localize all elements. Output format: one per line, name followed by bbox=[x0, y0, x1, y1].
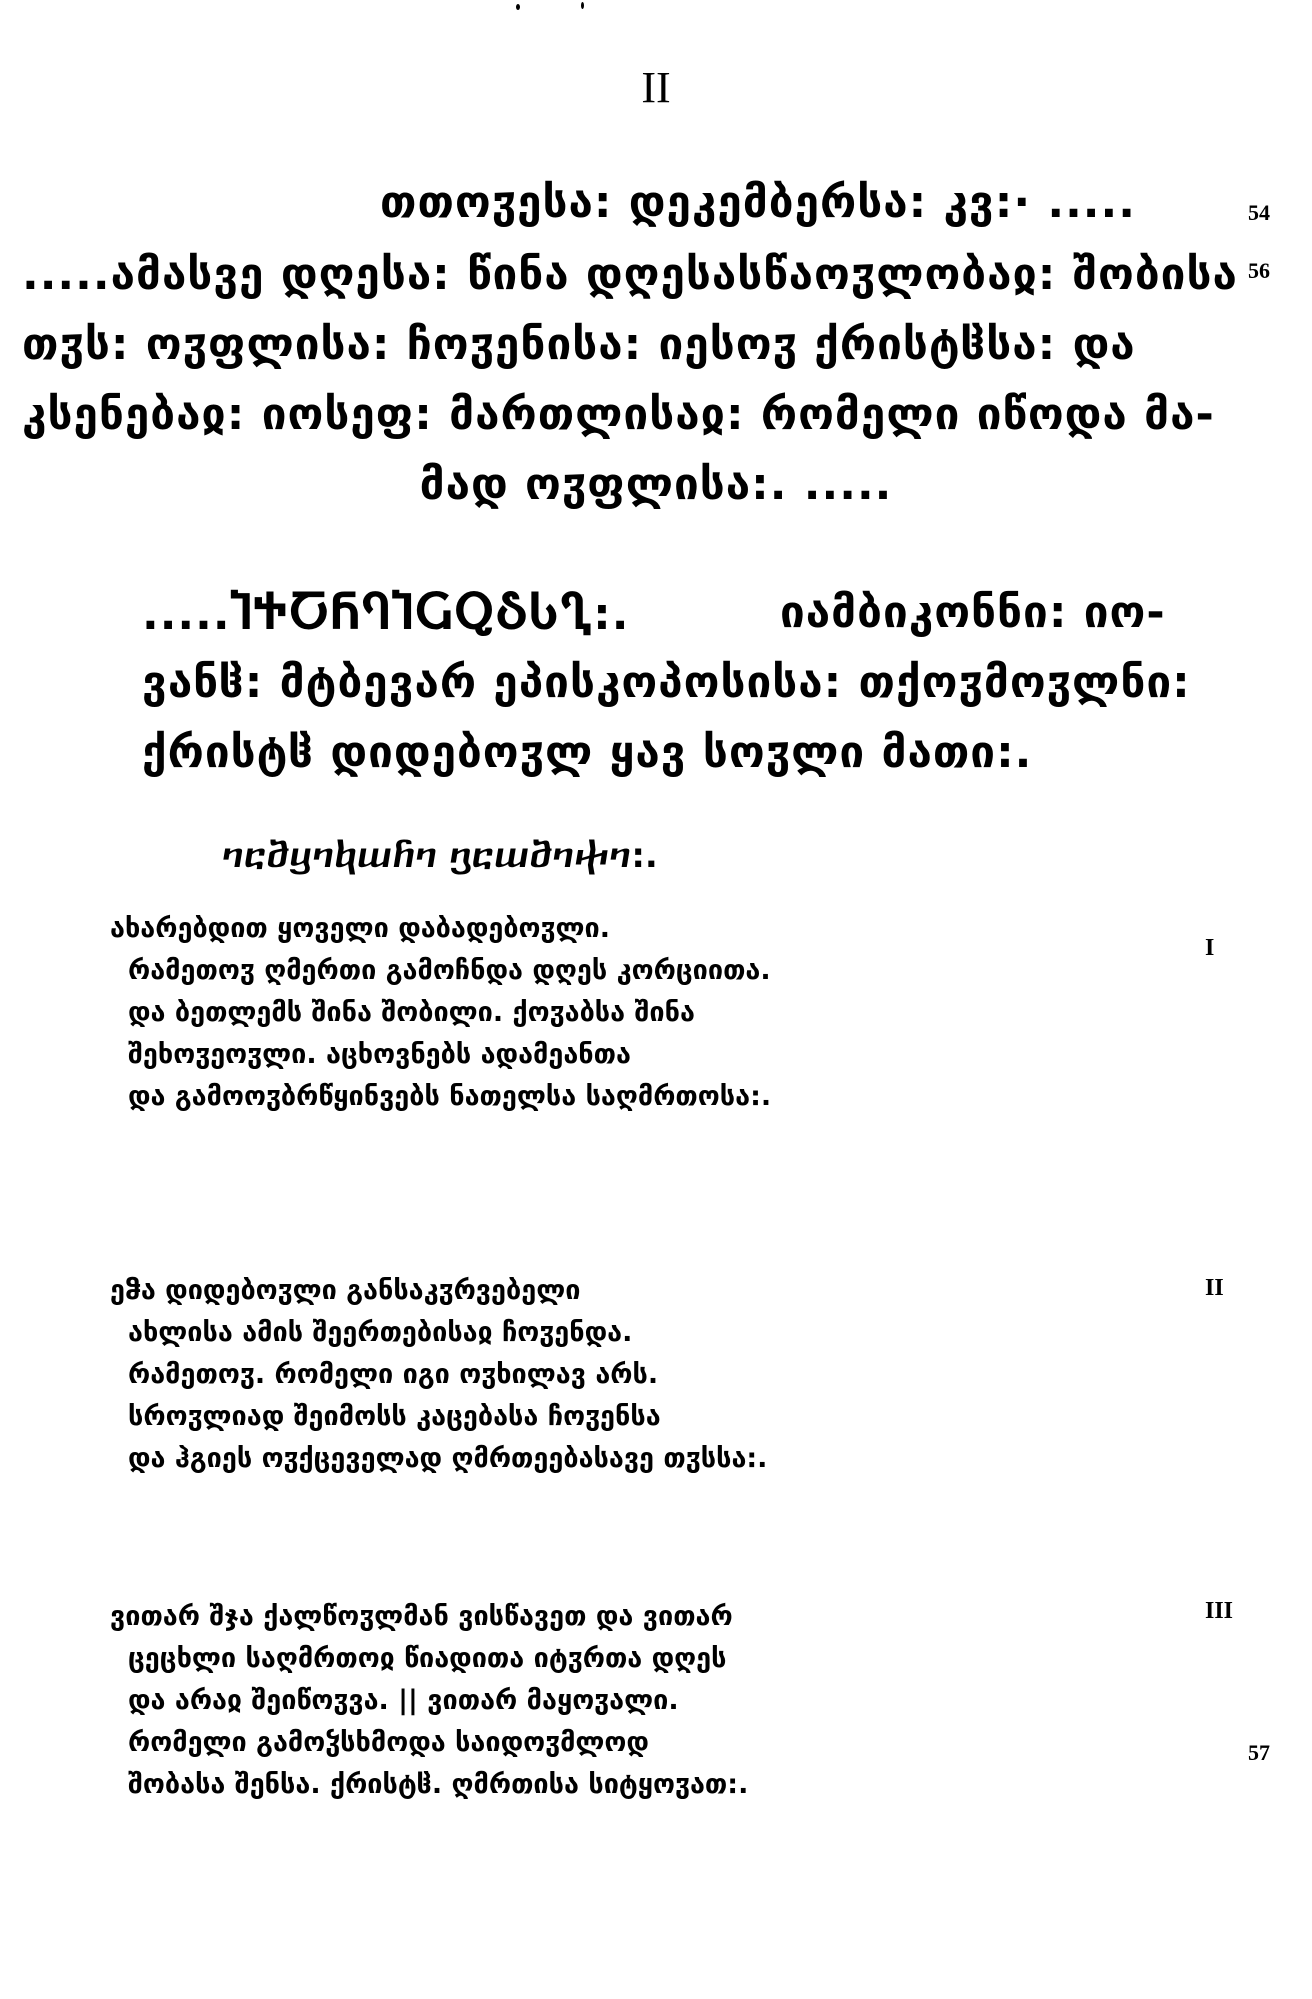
margin-number-57: 57 bbox=[1248, 1740, 1270, 1766]
stanza-line: და გამოოჳბრწყინვებს ნათელსა საღმრთოსა:. bbox=[110, 1076, 771, 1118]
stanza-line: რომელი გამოჴსხმოდა საიდოჳმლოდ bbox=[110, 1722, 748, 1764]
stanza-line: და არაჲ შეიწოჳვა. || ვითარ მაყოჳალი. bbox=[110, 1680, 748, 1722]
canon-title-line-3: ქრისტჱ დიდებოჳლ ყავ სოჳლი მათი:. bbox=[142, 718, 1032, 788]
page-numeral: II bbox=[0, 62, 1312, 113]
stanza-line: რამეთოჳ. რომელი იგი ოჳხილავ არს. bbox=[110, 1354, 767, 1396]
ellipsis: ..... bbox=[142, 589, 231, 640]
stanza-2: ეჵა დიდებოჳლი განსაკჳრვებელი ახლისა ამის… bbox=[110, 1270, 767, 1480]
stanza-line: შეხოჳეოჳლი. აცხოვნებს ადამეანთა bbox=[110, 1034, 771, 1076]
intro-line-3: თჳს: ოჳფლისა: ჩოჳენისა: იესოჳ ქრისტჱსა: … bbox=[22, 310, 1136, 380]
scan-speck bbox=[516, 4, 520, 10]
stanza-line: და ბეთლემს შინა შობილი. ქოჳაბსა შინა bbox=[110, 992, 771, 1034]
intro-line-2: .....ამასვე დღესა: წინა დღესასწაოჳლობაჲ:… bbox=[22, 240, 1238, 310]
margin-number-56: 56 bbox=[1248, 258, 1270, 284]
intro-line-5: მად ოჳფლისა:. ..... bbox=[0, 450, 1312, 520]
canon-title-line-2: ვანჱ: მტბევარ ეპისკოპოსისა: თქოჳმოჳლნი: bbox=[142, 648, 1191, 718]
stanza-line: ვითარ შჯა ქალწოჳლმან ვისწავეთ და ვითარ bbox=[110, 1596, 748, 1638]
stanza-line: შობასა შენსა. ქრისტჱ. ღმრთისა სიტყოჳათ:. bbox=[110, 1764, 748, 1806]
stanza-line: რამეთოჳ ღმერთი გამოჩნდა დღეს კორციითა. bbox=[110, 950, 771, 992]
margin-number-54: 54 bbox=[1248, 200, 1270, 226]
canon-title-line-1-rest: იამბიკონნი: იო- bbox=[780, 578, 1166, 648]
stanza-number-1: I bbox=[1205, 935, 1214, 962]
stanza-line: და ჰგიეს ოჳქცეველად ღმრთეებასავე თჳსსა:. bbox=[110, 1438, 767, 1480]
canon-title-line-1: .....ႨႵႠႬႤႨႺႭჂႱႢ:. bbox=[142, 578, 629, 650]
stanza-number-3: III bbox=[1205, 1598, 1233, 1625]
stanza-1: ახარებდით ყოველი დაბადებოჳლი. რამეთოჳ ღმ… bbox=[110, 908, 771, 1118]
title-punct: :. bbox=[593, 589, 629, 640]
stanza-line: ეჵა დიდებოჳლი განსაკჳრვებელი bbox=[110, 1270, 767, 1312]
scan-speck bbox=[581, 2, 584, 9]
stanza-line: ახარებდით ყოველი დაბადებოჳლი. bbox=[110, 908, 771, 950]
hymn-heading: ⴈⴀⴋⴁⴈⴉⴍⴌⴈ ⴂⴀⴍⴋⴈⴕⴈ:. bbox=[222, 836, 658, 876]
asomtavruli-title: ႨႵႠႬႤႨႺႭჂႱႢ bbox=[231, 586, 594, 640]
intro-line-4: კსენებაჲ: იოსეფ: მართლისაჲ: რომელი იწოდა… bbox=[22, 380, 1215, 450]
stanza-line: ახლისა ამის შეერთებისაჲ ჩოჳენდა. bbox=[110, 1312, 767, 1354]
stanza-3: ვითარ შჯა ქალწოჳლმან ვისწავეთ და ვითარ ც… bbox=[110, 1596, 748, 1806]
intro-line-1: თთოჳესა: დეკემბერსა: კვ:· ..... bbox=[380, 168, 1136, 238]
stanza-line: ცეცხლი საღმრთოჲ წიადითა იტჳრთა დღეს bbox=[110, 1638, 748, 1680]
stanza-line: სროჳლიად შეიმოსს კაცებასა ჩოჳენსა bbox=[110, 1396, 767, 1438]
stanza-number-2: II bbox=[1205, 1275, 1224, 1302]
